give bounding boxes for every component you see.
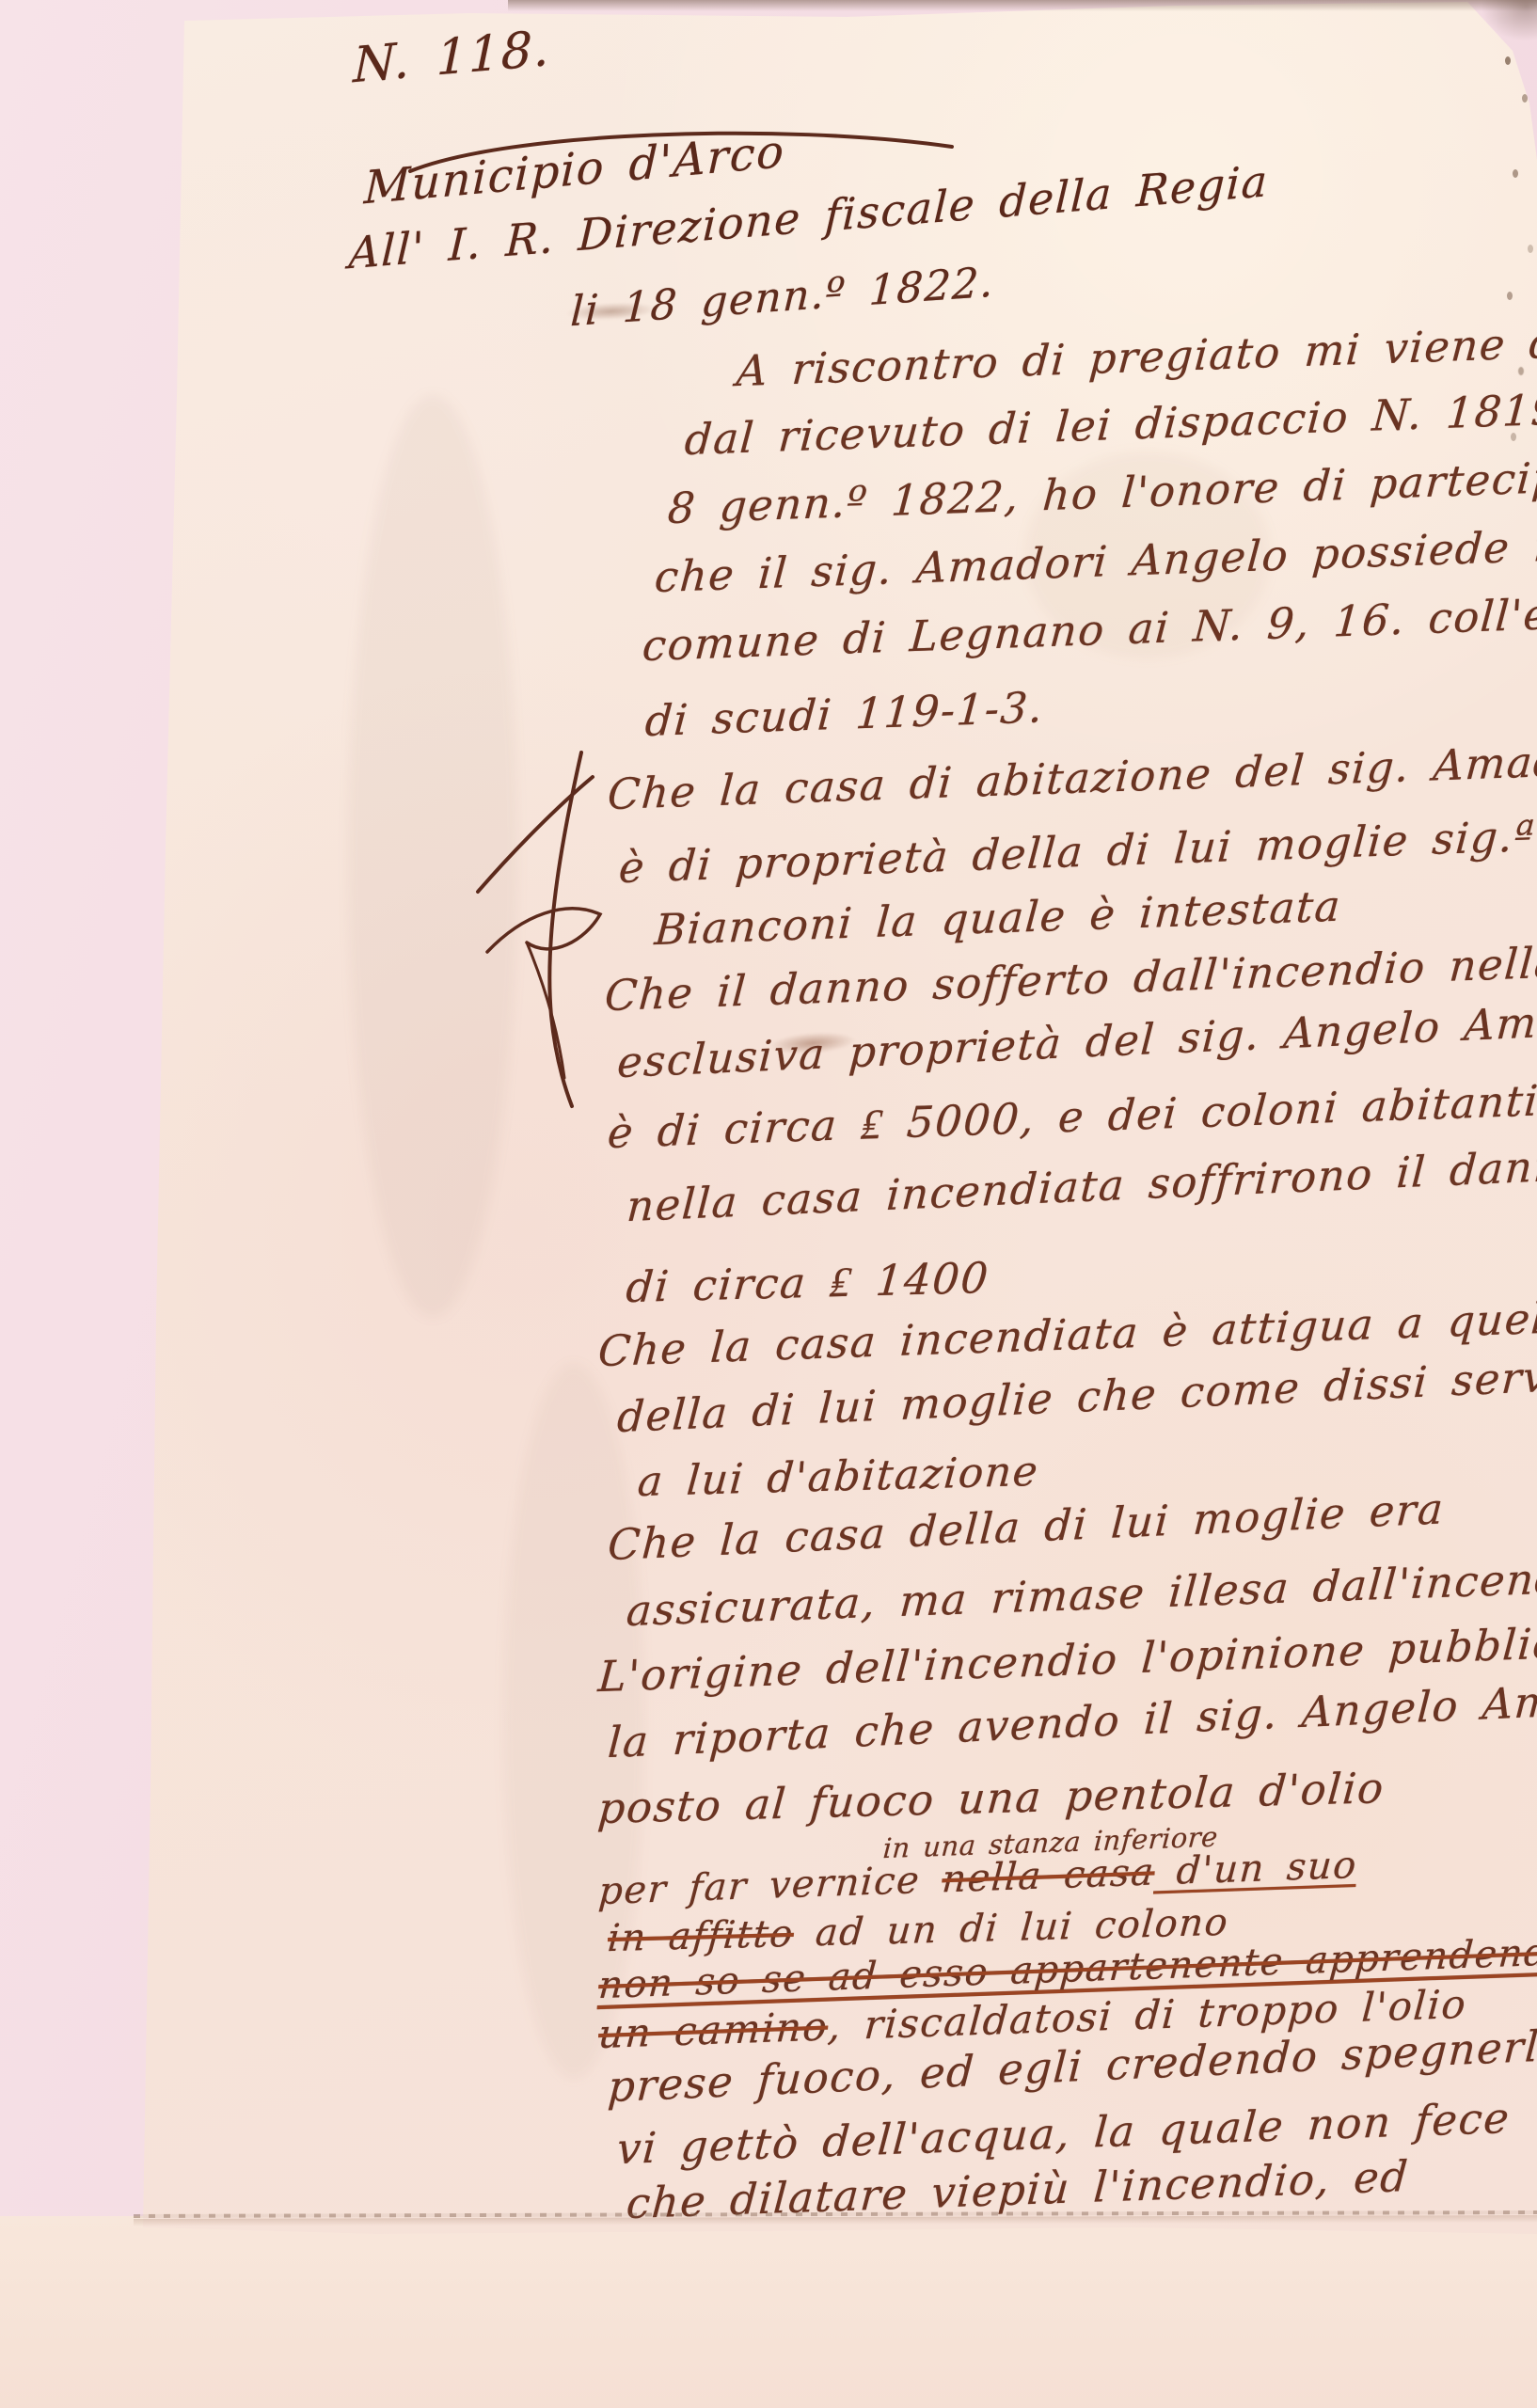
manuscript-line-3: 8 genn.º 1822, ho l'onore di parteciparl… bbox=[666, 450, 1537, 534]
body-lines: A riscontro di pregiato mi viene delegat… bbox=[132, 0, 1537, 2408]
line-segment: 8 genn.º 1822, ho l'onore di parteciparl… bbox=[666, 450, 1537, 534]
manuscript-line-6: di scudi 119-1-3. bbox=[643, 682, 1045, 746]
line-segment: che il sig. Amadori Angelo possiede nel bbox=[653, 519, 1537, 602]
line-segment: Bianconi la quale è intestata bbox=[653, 881, 1342, 956]
manuscript-line-12: è di circa ₤ 5000, e dei coloni abitanti bbox=[606, 1075, 1537, 1158]
manuscript-line-7: Che la casa di abitazione del sig. Amado… bbox=[606, 734, 1537, 819]
torn-corner-shadow bbox=[1463, 0, 1537, 66]
torn-edge-specks bbox=[1505, 56, 1511, 65]
manuscript-line-22: posto al fuoco una pentola d'olio bbox=[596, 1763, 1386, 1833]
line-segment: di scudi 119-1-3. bbox=[643, 682, 1045, 746]
line-segment: è di proprietà della di lui moglie sig.ª bbox=[617, 811, 1537, 893]
line-segment: in affitto bbox=[606, 1912, 795, 1960]
manuscript-line-13: nella casa incendiata soffrirono il dann… bbox=[626, 1139, 1537, 1231]
line-segment: un camino bbox=[597, 2003, 830, 2057]
manuscript-line-4: che il sig. Amadori Angelo possiede nel bbox=[653, 519, 1537, 602]
line-segment: a lui d'abitazione bbox=[636, 1448, 1040, 1506]
line-segment: di circa ₤ 1400 bbox=[625, 1253, 991, 1312]
line-segment: è di circa ₤ 5000, e dei coloni abitanti bbox=[606, 1075, 1537, 1158]
line-segment: per far vernice bbox=[597, 1858, 943, 1913]
manuscript-line-17: a lui d'abitazione bbox=[636, 1448, 1040, 1506]
line-segment: Che la casa di abitazione del sig. Amado… bbox=[606, 734, 1537, 819]
manuscript-line-1: A riscontro di pregiato mi viene delegat… bbox=[735, 311, 1537, 396]
underlying-sheet bbox=[0, 2216, 1537, 2408]
manuscript-page: N. 118. Municipio d'Arco All' I. R. Dire… bbox=[132, 0, 1537, 2234]
line-segment: A riscontro di pregiato mi viene delegat… bbox=[735, 311, 1537, 396]
manuscript-line-14: di circa ₤ 1400 bbox=[625, 1253, 991, 1312]
manuscript-line-8: è di proprietà della di lui moglie sig.ª bbox=[617, 811, 1537, 893]
scan-top-edge-shadow bbox=[508, 0, 1537, 11]
line-segment: posto al fuoco una pentola d'olio bbox=[596, 1763, 1386, 1833]
line-segment: nella casa incendiata soffrirono il dann… bbox=[626, 1139, 1537, 1231]
manuscript-line-9: Bianconi la quale è intestata bbox=[653, 881, 1342, 956]
scan-background: N. 118. Municipio d'Arco All' I. R. Dire… bbox=[0, 0, 1537, 2408]
